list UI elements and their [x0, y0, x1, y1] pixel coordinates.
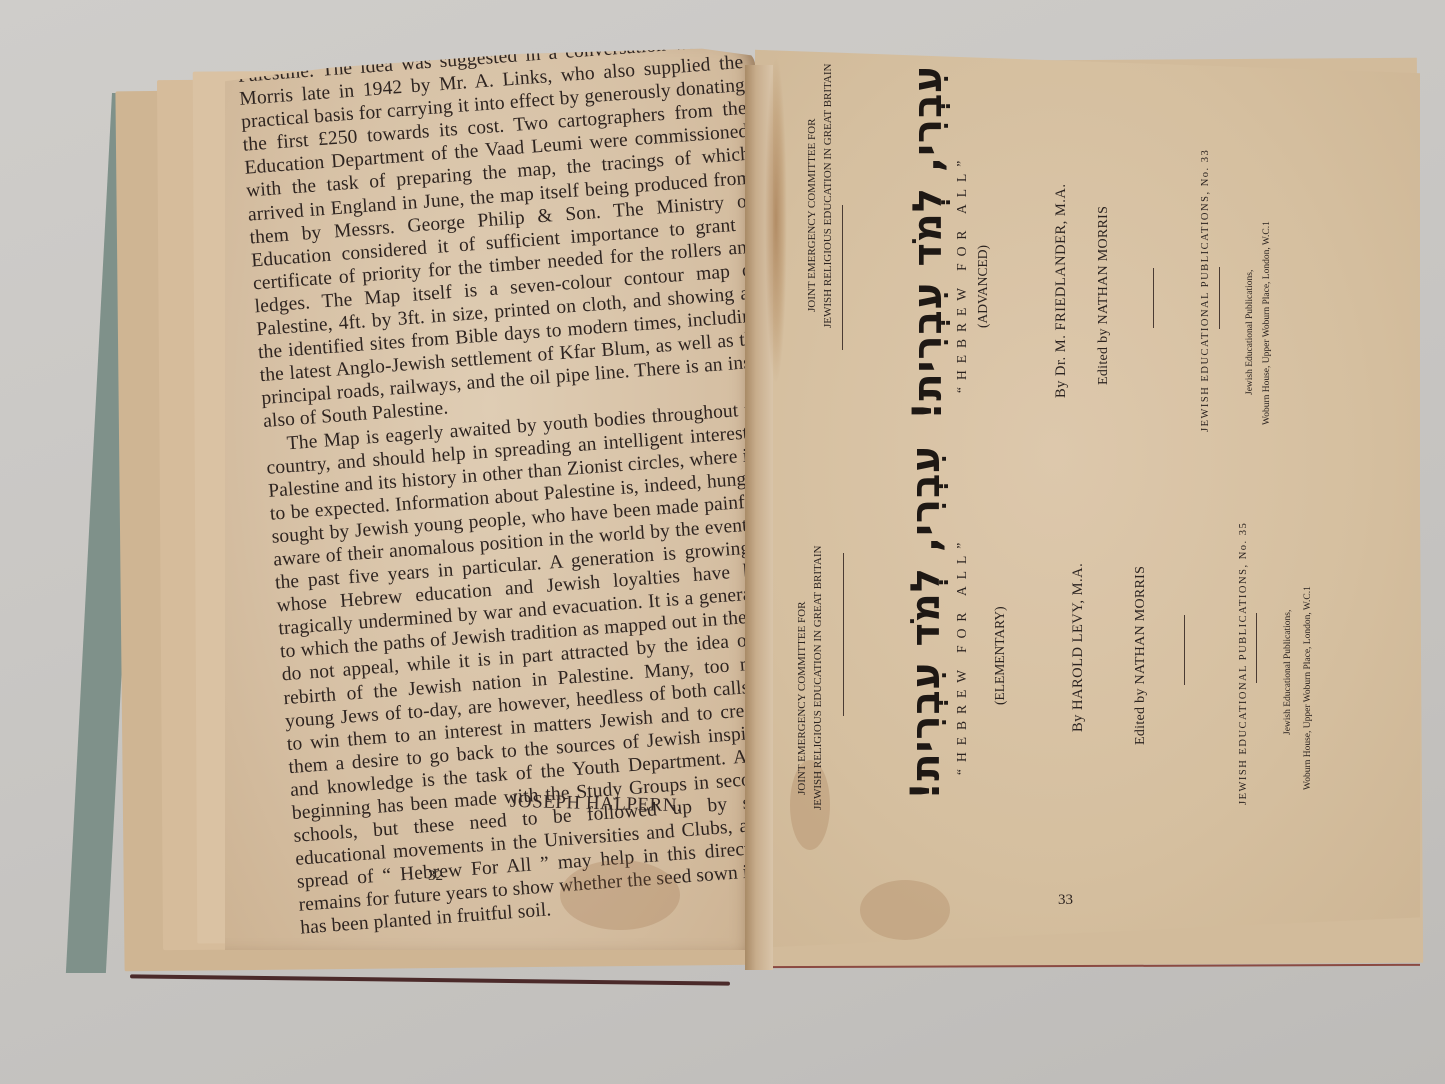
ad2-publisher: Jewish Educational Publications, — [1283, 610, 1293, 735]
paragraph: The Map is eagerly awaited by youth bodi… — [264, 397, 805, 941]
ad2-level: (ELEMENTARY) — [992, 606, 1008, 705]
divider-rule — [1219, 267, 1220, 329]
ad2-editor: Edited by NATHAN MORRIS — [1133, 566, 1149, 745]
page-number-left: 32 — [428, 868, 443, 885]
ad2-series: JEWISH EDUCATIONAL PUBLICATIONS, No. 35 — [1238, 522, 1249, 805]
ad2-author: By HAROLD LEVY, M.A. — [1070, 563, 1087, 732]
divider-rule — [1256, 613, 1257, 683]
ad1-committee-line1: JOINT EMERGENCY COMMITTEE FOR — [806, 119, 818, 312]
divider-rule — [1184, 615, 1185, 685]
ad1-address: Woburn House, Upper Woburn Place, London… — [1262, 221, 1272, 425]
photo-scene: Palestine. The idea was suggested in a c… — [0, 0, 1445, 1084]
ad2-committee-line1: JOINT EMERGENCY COMMITTEE FOR — [796, 602, 808, 795]
page-number-right: 33 — [1058, 892, 1073, 909]
divider-rule — [1153, 268, 1154, 328]
page-edge-shadow — [130, 974, 730, 985]
ad1-committee-line2: JEWISH RELIGIOUS EDUCATION IN GREAT BRIT… — [822, 64, 834, 328]
ad2-address: Woburn House, Upper Woburn Place, London… — [1303, 586, 1313, 790]
water-stain — [765, 55, 787, 385]
ad1-level: (ADVANCED) — [975, 245, 991, 328]
ad2-hebrew-title: עִבְרִי, לְמֹד עִבְרִית! — [903, 445, 949, 800]
ad2-english-title: “HEBREW FOR ALL” — [954, 536, 970, 775]
ad1-author: By Dr. M. FRIEDLANDER, M.A. — [1053, 184, 1070, 399]
right-page — [755, 48, 1420, 948]
foxing-spot — [560, 860, 680, 930]
divider-rule — [842, 205, 843, 350]
left-page: Palestine. The idea was suggested in a c… — [225, 45, 755, 950]
ad1-publisher: Jewish Educational Publications, — [1245, 270, 1255, 395]
divider-rule — [843, 553, 844, 716]
ad1-series: JEWISH EDUCATIONAL PUBLICATIONS, No. 33 — [1200, 149, 1211, 432]
ad2-committee-line2: JEWISH RELIGIOUS EDUCATION IN GREAT BRIT… — [812, 546, 824, 810]
author-signature: JOSEPH HALPERN. — [510, 791, 683, 818]
ad1-hebrew-title: עִבְרִי, לְמֹד עִבְרִית! — [905, 65, 951, 420]
ad1-english-title: “HEBREW FOR ALL” — [954, 154, 970, 393]
paragraph: Palestine. The idea was suggested in a c… — [237, 28, 768, 433]
ad1-editor: Edited by NATHAN MORRIS — [1096, 206, 1112, 385]
foxing-spot — [860, 880, 950, 940]
